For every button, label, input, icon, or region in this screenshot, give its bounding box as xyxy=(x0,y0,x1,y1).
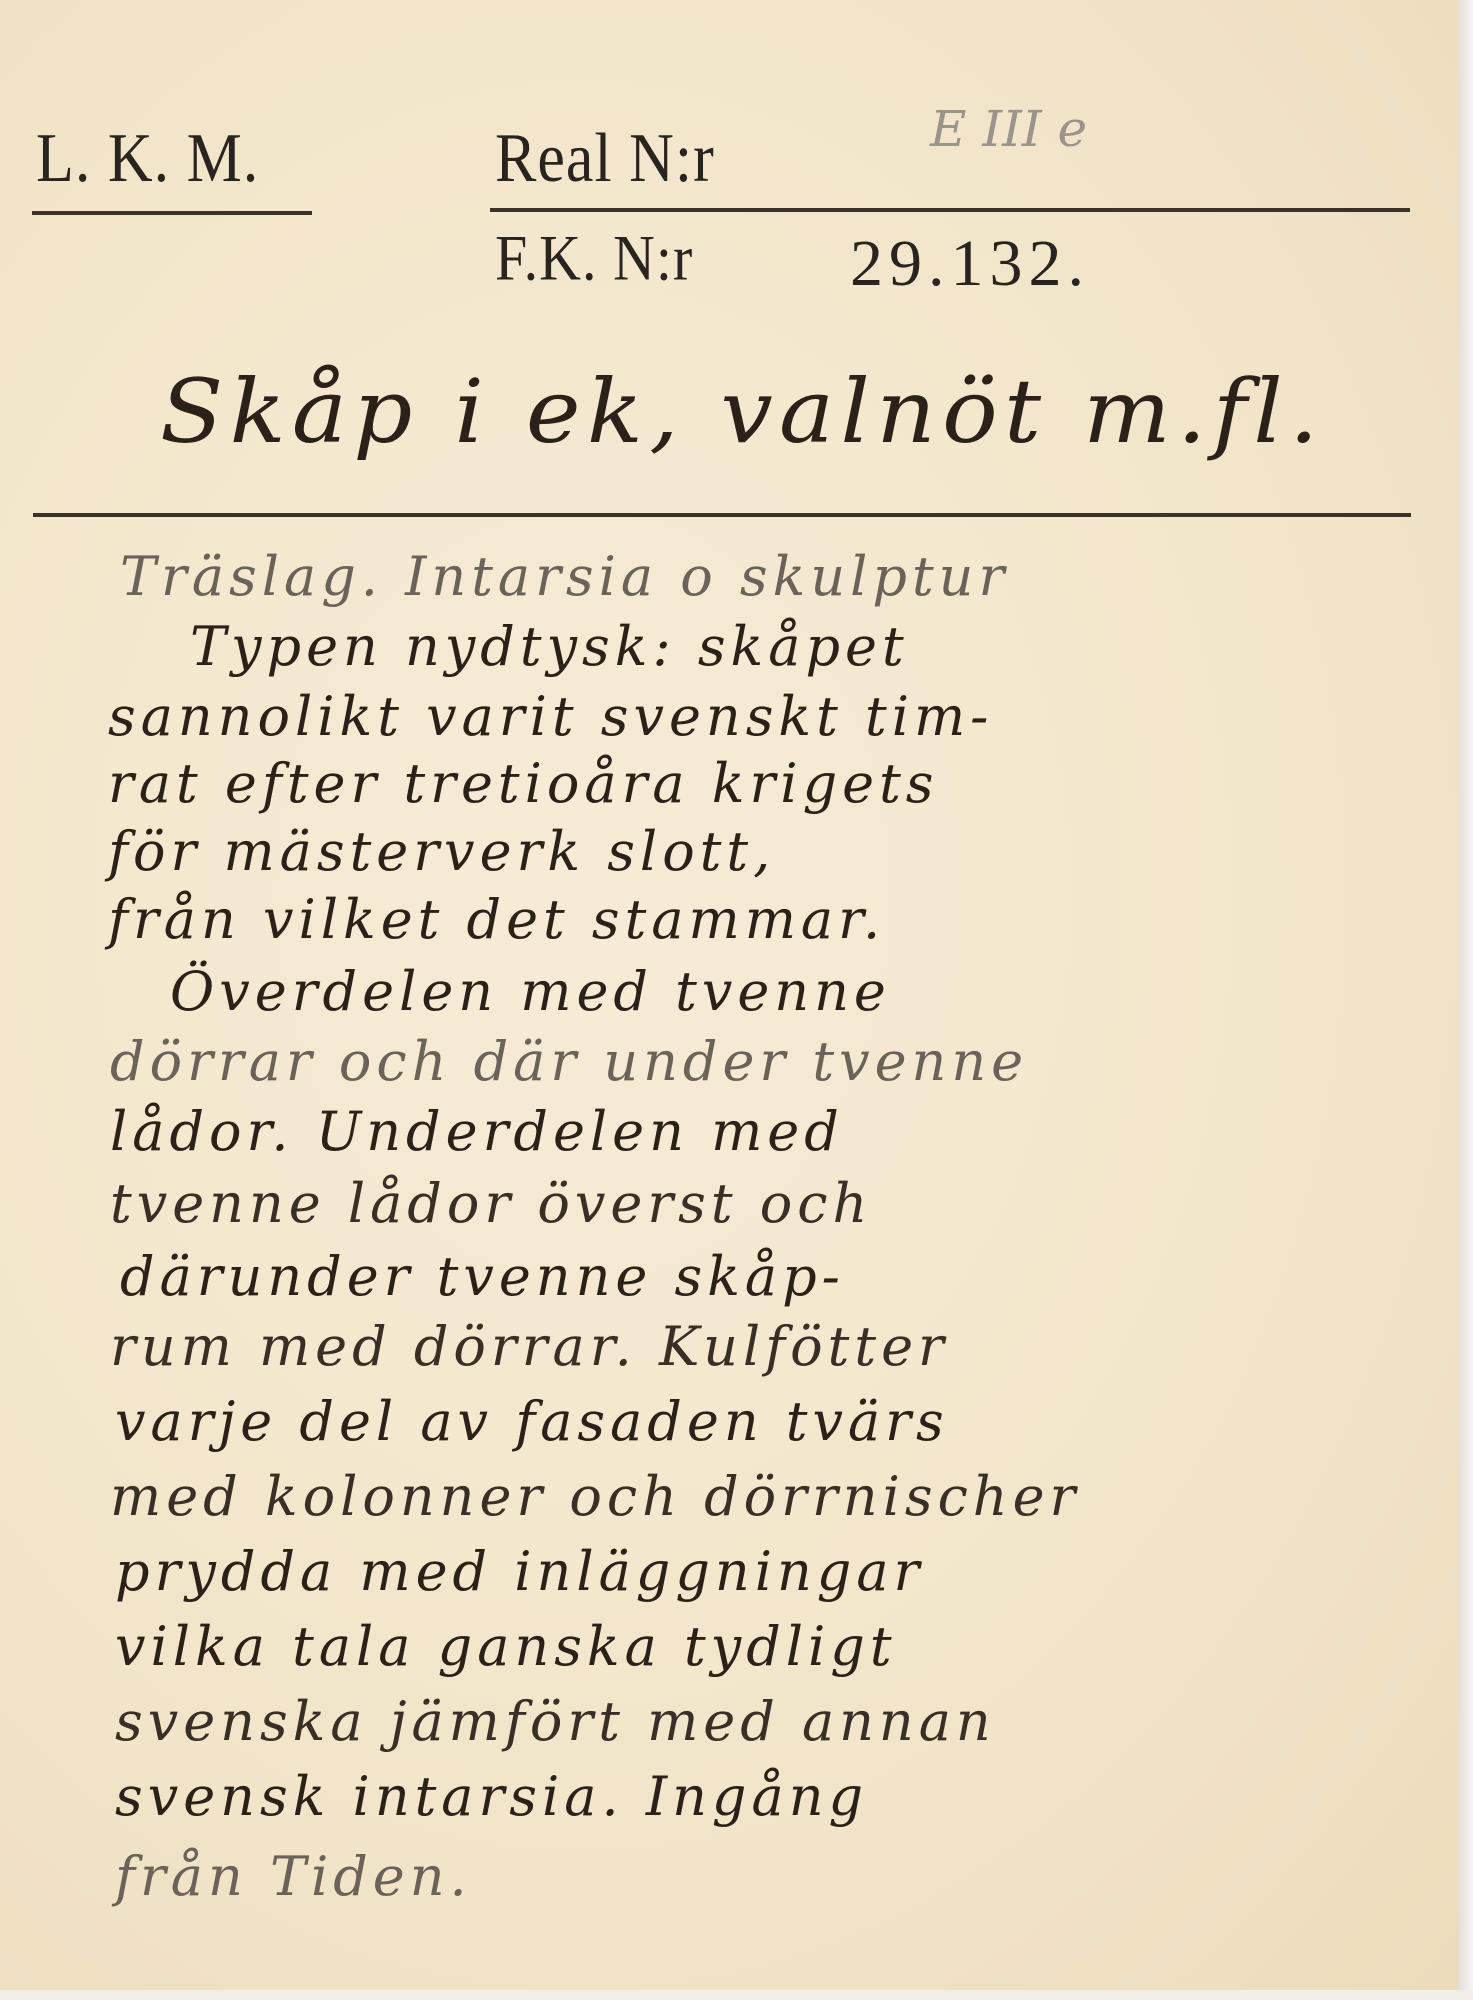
title-rule xyxy=(33,513,1411,517)
body-line: Typen nydtysk: skåpet xyxy=(190,615,909,678)
body-line: Överdelen med tvenne xyxy=(170,960,891,1023)
body-line: därunder tvenne skåp- xyxy=(120,1245,845,1308)
body-line: tvenne lådor överst och xyxy=(110,1172,872,1235)
body-line: för mästerverk slott, xyxy=(108,820,775,883)
fk-nr-label: F.K. N:r xyxy=(495,220,693,295)
body-line: från vilket det stammar. xyxy=(108,888,885,951)
real-nr-value: E III e xyxy=(930,100,1087,158)
fk-nr-value: 29.132. xyxy=(850,226,1090,302)
real-nr-label: Real N:r xyxy=(495,119,715,199)
body-line: dörrar och där under tvenne xyxy=(110,1030,1028,1093)
body-line: vilka tala ganska tydligt xyxy=(115,1615,897,1678)
body-line: sannolikt varit svenskt tim- xyxy=(108,685,993,748)
body-line: svenska jämfört med annan xyxy=(115,1690,996,1753)
scan-bottom-edge xyxy=(0,1990,1473,2000)
body-line: med kolonner och dörrnischer xyxy=(110,1465,1080,1528)
body-line: lådor. Underdelen med xyxy=(110,1100,844,1163)
institution-label: L. K. M. xyxy=(36,119,259,199)
body-line: Träslag. Intarsia o skulptur xyxy=(120,545,1009,608)
body-line: svensk intarsia. Ingång xyxy=(115,1765,868,1828)
institution-rule xyxy=(32,211,312,215)
body-line: varje del av fasaden tvärs xyxy=(115,1390,949,1453)
body-line: från Tiden. xyxy=(115,1845,472,1908)
scan-edge xyxy=(1458,0,1473,2000)
card-title: Skåp i ek, valnöt m.fl. xyxy=(160,360,1325,463)
body-line: rum med dörrar. Kulfötter xyxy=(110,1315,949,1378)
real-nr-rule xyxy=(490,208,1410,212)
body-line: prydda med inläggningar xyxy=(115,1540,924,1603)
body-line: rat efter tretioåra krigets xyxy=(108,752,939,815)
